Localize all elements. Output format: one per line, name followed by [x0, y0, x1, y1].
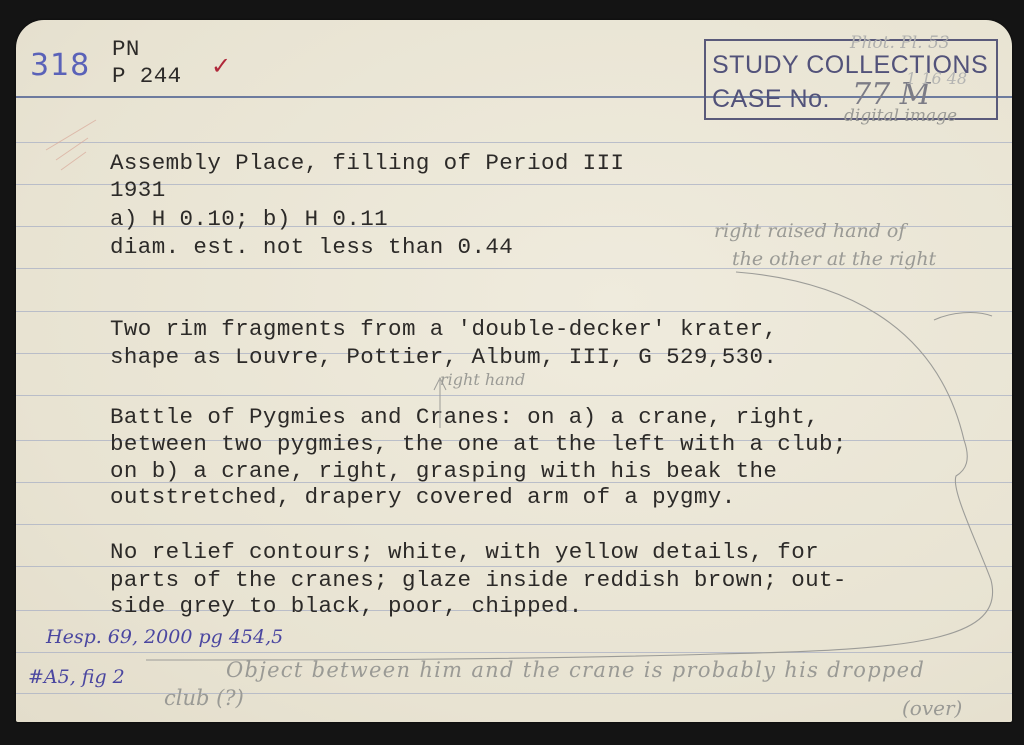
pencil-marks	[16, 20, 1012, 722]
pencil-bracket-line	[146, 272, 993, 660]
red-pencil-scribble	[46, 120, 96, 170]
pencil-hook	[934, 313, 992, 320]
index-card: 318 PN P 244 ✓ STUDY COLLECTIONS CASE No…	[16, 20, 1012, 722]
